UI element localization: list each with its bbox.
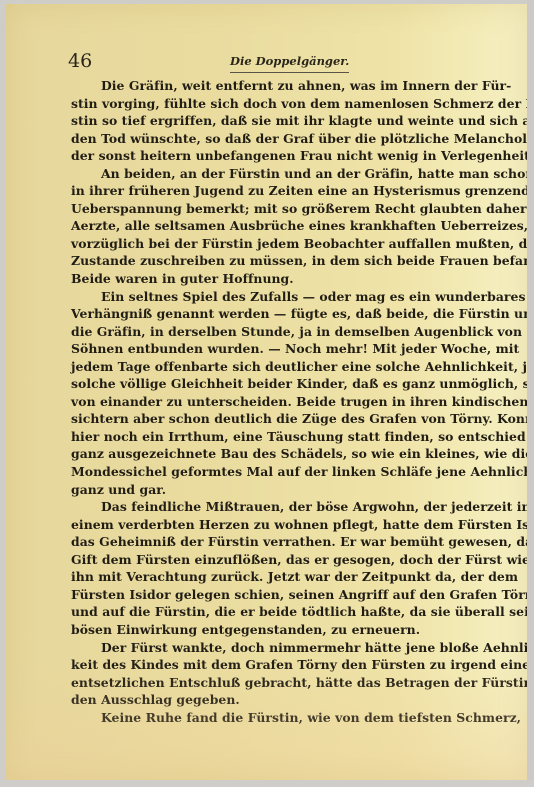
- viewer-bottom-edge: [0, 780, 534, 787]
- text-line: vorzüglich bei der Fürstin jedem Beobach…: [71, 235, 498, 253]
- text-line: das Geheimniß der Fürstin verrathen. Er …: [71, 533, 498, 551]
- text-line: Fürsten Isidor gelegen schien, seinen An…: [71, 586, 498, 604]
- text-line: den Ausschlag gegeben.: [71, 691, 498, 709]
- text-line: einem verderbten Herzen zu wohnen pflegt…: [71, 516, 498, 534]
- viewer-right-edge: [527, 0, 534, 787]
- text-line: stin vorging, fühlte sich doch von dem n…: [71, 95, 498, 113]
- text-line: Mondessichel geformtes Mal auf der linke…: [71, 463, 498, 481]
- text-line: der sonst heitern unbefangenen Frau nich…: [71, 147, 498, 165]
- text-line: keit des Kindes mit dem Grafen Törny den…: [71, 656, 498, 674]
- text-line: die Gräfin, in derselben Stunde, ja in d…: [71, 323, 498, 341]
- text-line: solche völlige Gleichheit beider Kinder,…: [71, 375, 498, 393]
- document-viewer: 46 Die Doppelgänger. Die Gräfin, weit en…: [0, 0, 534, 787]
- page-number: 46: [68, 50, 92, 72]
- text-line: von einander zu unterscheiden. Beide tru…: [71, 393, 498, 411]
- text-line: Aerzte, alle seltsamen Ausbrüche eines k…: [71, 217, 498, 235]
- text-line: den Tod wünschte, so daß der Graf über d…: [71, 130, 498, 148]
- running-title: Die Doppelgänger.: [230, 54, 349, 73]
- paragraph-first-line: Das feindliche Mißtrauen, der böse Argwo…: [71, 498, 498, 516]
- paragraph-first-line: Die Gräfin, weit entfernt zu ahnen, was …: [71, 77, 498, 95]
- book-page: 46 Die Doppelgänger. Die Gräfin, weit en…: [6, 4, 527, 780]
- text-line: stin so tief ergriffen, daß sie mit ihr …: [71, 112, 498, 130]
- text-line: Zustande zuschreiben zu müssen, in dem s…: [71, 252, 498, 270]
- text-line: in ihrer früheren Jugend zu Zeiten eine …: [71, 182, 498, 200]
- text-line: Beide waren in guter Hoffnung.: [71, 270, 498, 288]
- page-header: 46 Die Doppelgänger.: [6, 50, 527, 72]
- body-text: Die Gräfin, weit entfernt zu ahnen, was …: [71, 77, 498, 726]
- text-line: Söhnen entbunden wurden. — Noch mehr! Mi…: [71, 340, 498, 358]
- paragraph-first-line: An beiden, an der Fürstin und an der Grä…: [71, 165, 498, 183]
- text-line: und auf die Fürstin, die er beide tödtli…: [71, 603, 498, 621]
- text-line: ganz und gar.: [71, 481, 498, 499]
- paragraph-first-line: Der Fürst wankte, doch nimmermehr hätte …: [71, 639, 498, 657]
- text-line: sichtern aber schon deutlich die Züge de…: [71, 410, 498, 428]
- text-line: hier noch ein Irrthum, eine Täuschung st…: [71, 428, 498, 446]
- text-line: Gift dem Fürsten einzuflößen, das er ges…: [71, 551, 498, 569]
- paragraph-first-line: Keine Ruhe fand die Fürstin, wie von dem…: [71, 709, 498, 727]
- text-line: ganz ausgezeichnete Bau des Schädels, so…: [71, 445, 498, 463]
- text-line: ihn mit Verachtung zurück. Jetzt war der…: [71, 568, 498, 586]
- text-line: bösen Einwirkung entgegenstanden, zu ern…: [71, 621, 498, 639]
- text-line: Verhängniß genannt werden — fügte es, da…: [71, 305, 498, 323]
- text-line: Ueberspannung bemerkt; mit so größerem R…: [71, 200, 498, 218]
- paragraph-first-line: Ein seltnes Spiel des Zufalls — oder mag…: [71, 288, 498, 306]
- text-line: entsetzlichen Entschluß gebracht, hätte …: [71, 674, 498, 692]
- text-line: jedem Tage offenbarte sich deutlicher ei…: [71, 358, 498, 376]
